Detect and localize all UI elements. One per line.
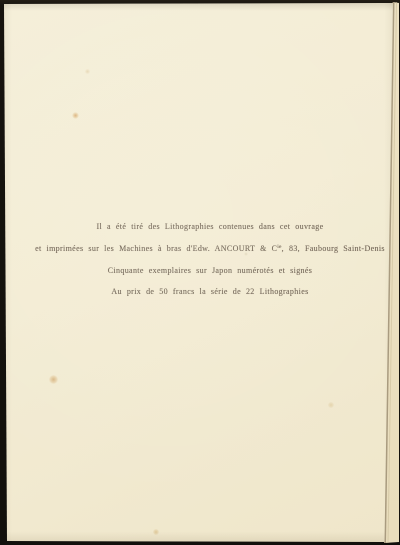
colophon-line-3: Cinquante exemplaires sur Japon numéroté… (20, 260, 400, 282)
colophon-line-4: Au prix de 50 francs la série de 22 Lith… (20, 281, 400, 303)
colophon-line-2-post: , 83, Faubourg Saint-Denis (282, 244, 385, 253)
colophon-line-2: et imprimées sur les Machines à bras d'E… (20, 238, 400, 260)
colophon-line-1: Il a été tiré des Lithographies contenue… (20, 216, 400, 238)
scanned-book-photo: Il a été tiré des Lithographies contenue… (0, 0, 400, 545)
colophon-line-2-pre: et imprimées sur les Machines à bras d'E… (35, 244, 277, 253)
colophon-text-block: Il a été tiré des Lithographies contenue… (0, 216, 400, 303)
